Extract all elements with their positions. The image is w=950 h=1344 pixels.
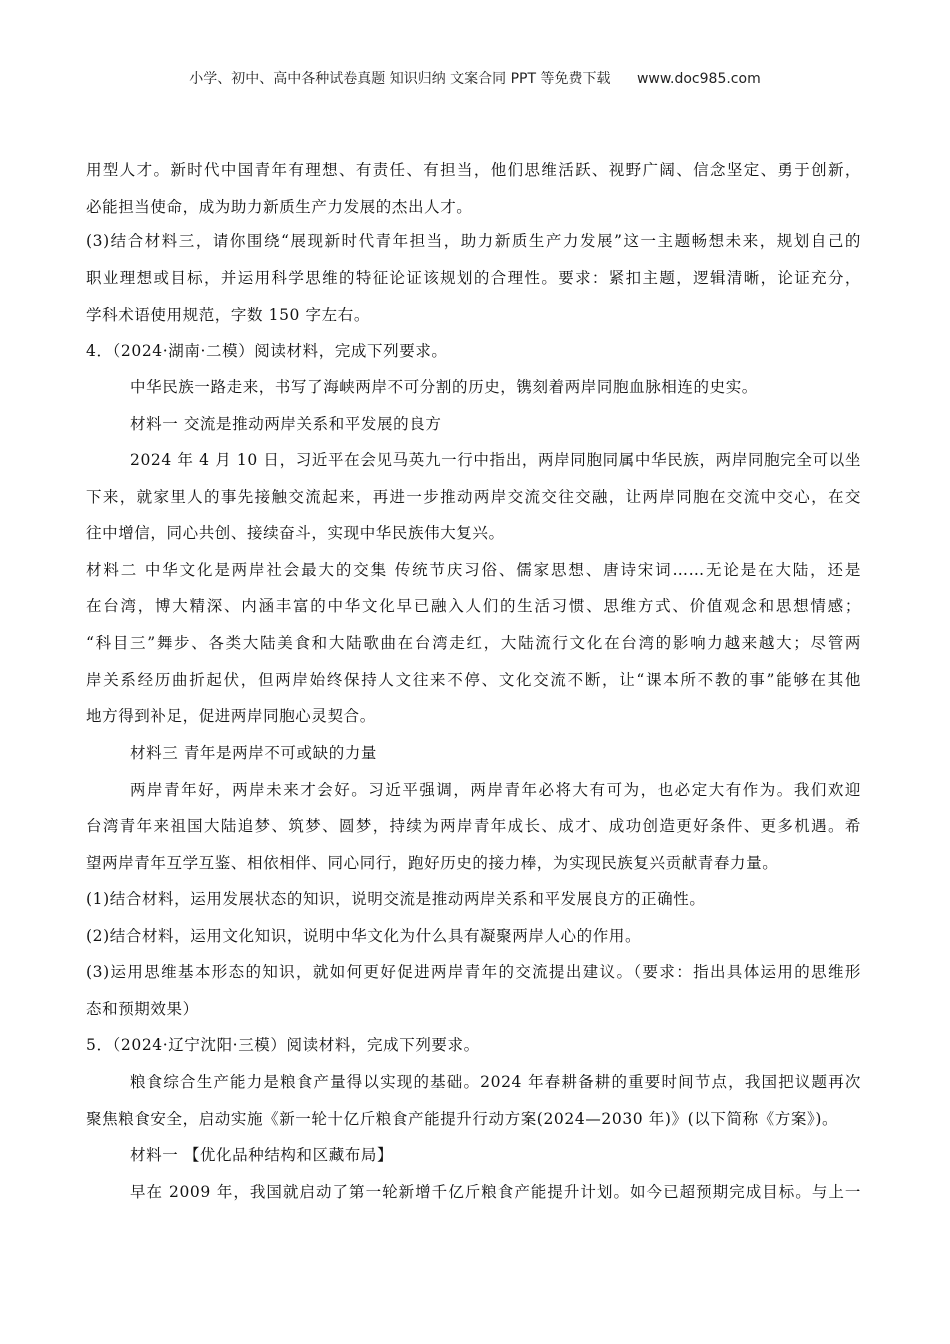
question-3-line: 职业理想或目标，并运用科学思维的特征论证该规划的合理性。要求：紧扣主题，逻辑清晰…	[86, 268, 861, 288]
paragraph-line: 必能担当使命，成为助力新质生产力发展的杰出人才。	[86, 197, 472, 217]
question-4-2: (2)结合材料，运用文化知识，说明中华文化为什么具有凝聚两岸人心的作用。	[86, 926, 641, 946]
header-text: 小学、初中、高中各种试卷真题 知识归纳 文案合同 PPT 等免费下载	[189, 71, 610, 87]
material-3-line: 台湾青年来祖国大陆追梦、筑梦、圆梦，持续为两岸青年成长、成才、成功创造更好条件、…	[86, 816, 861, 836]
question-4-3: 态和预期效果）	[86, 999, 199, 1019]
question-5-material-1-line: 早在 2009 年，我国就启动了第一轮新增千亿斤粮食产能提升计划。如今已超预期完…	[130, 1182, 861, 1202]
material-3-heading: 材料三 青年是两岸不可或缺的力量	[130, 743, 377, 763]
question-5-material-1-heading: 材料一 【优化品种结构和区藏布局】	[130, 1145, 393, 1165]
material-2-line: 在台湾，博大精深、内涵丰富的中华文化早已融入人们的生活习惯、思维方式、价值观念和…	[86, 596, 861, 616]
material-2-line: “科目三”舞步、各类大陆美食和大陆歌曲在台湾走红，大陆流行文化在台湾的影响力越来…	[86, 633, 861, 653]
material-1-line: 下来，就家里人的事先接触交流起来，再进一步推动两岸交流交往交融，让两岸同胞在交流…	[86, 487, 861, 507]
page-header: 小学、初中、高中各种试卷真题 知识归纳 文案合同 PPT 等免费下载 www.d…	[0, 68, 950, 88]
intro-line: 中华民族一路走来，书写了海峡两岸不可分割的历史，镌刻着两岸同胞血脉相连的史实。	[130, 377, 758, 397]
material-2-line: 岸关系经历曲折起伏，但两岸始终保持人文往来不停、文化交流不断，让“课本所不教的事…	[86, 670, 861, 690]
material-3-line: 两岸青年好，两岸未来才会好。习近平强调，两岸青年必将大有可为，也必定大有作为。我…	[130, 780, 861, 800]
header-url[interactable]: www.doc985.com	[637, 71, 761, 87]
question-5-title: 5．（2024·辽宁沈阳·三模）阅读材料，完成下列要求。	[86, 1035, 480, 1055]
question-5-intro: 粮食综合生产能力是粮食产量得以实现的基础。2024 年春耕备耕的重要时间节点，我…	[130, 1072, 861, 1092]
material-3-line: 望两岸青年互学互鉴、相依相伴、同心同行，跑好历史的接力棒，为实现民族复兴贡献青春…	[86, 853, 778, 873]
question-3-line: 学科术语使用规范，字数 150 字左右。	[86, 305, 370, 325]
material-1-line: 往中增信，同心共创、接续奋斗，实现中华民族伟大复兴。	[86, 523, 505, 543]
material-1-line: 2024 年 4 月 10 日，习近平在会见马英九一行中指出，两岸同胞同属中华民…	[130, 450, 861, 470]
material-2-line: 材料二 中华文化是两岸社会最大的交集 传统节庆习俗、儒家思想、唐诗宋词……无论是…	[86, 560, 861, 580]
material-1-heading: 材料一 交流是推动两岸关系和平发展的良方	[130, 414, 441, 434]
paragraph-line: 用型人才。新时代中国青年有理想、有责任、有担当，他们思维活跃、视野广阔、信念坚定…	[86, 160, 861, 180]
question-4-title: 4．（2024·湖南·二模）阅读材料，完成下列要求。	[86, 341, 448, 361]
question-3-line: (3)结合材料三，请你围绕“展现新时代青年担当，助力新质生产力发展”这一主题畅想…	[86, 231, 861, 251]
material-2-line: 地方得到补足，促进两岸同胞心灵契合。	[86, 706, 376, 726]
question-4-3: (3)运用思维基本形态的知识，就如何更好促进两岸青年的交流提出建议。（要求：指出…	[86, 962, 861, 982]
question-5-intro: 聚焦粮食安全，启动实施《新一轮十亿斤粮食产能提升行动方案(2024—2030 年…	[86, 1109, 838, 1129]
question-4-1: (1)结合材料，运用发展状态的知识，说明交流是推动两岸关系和平发展良方的正确性。	[86, 889, 705, 909]
